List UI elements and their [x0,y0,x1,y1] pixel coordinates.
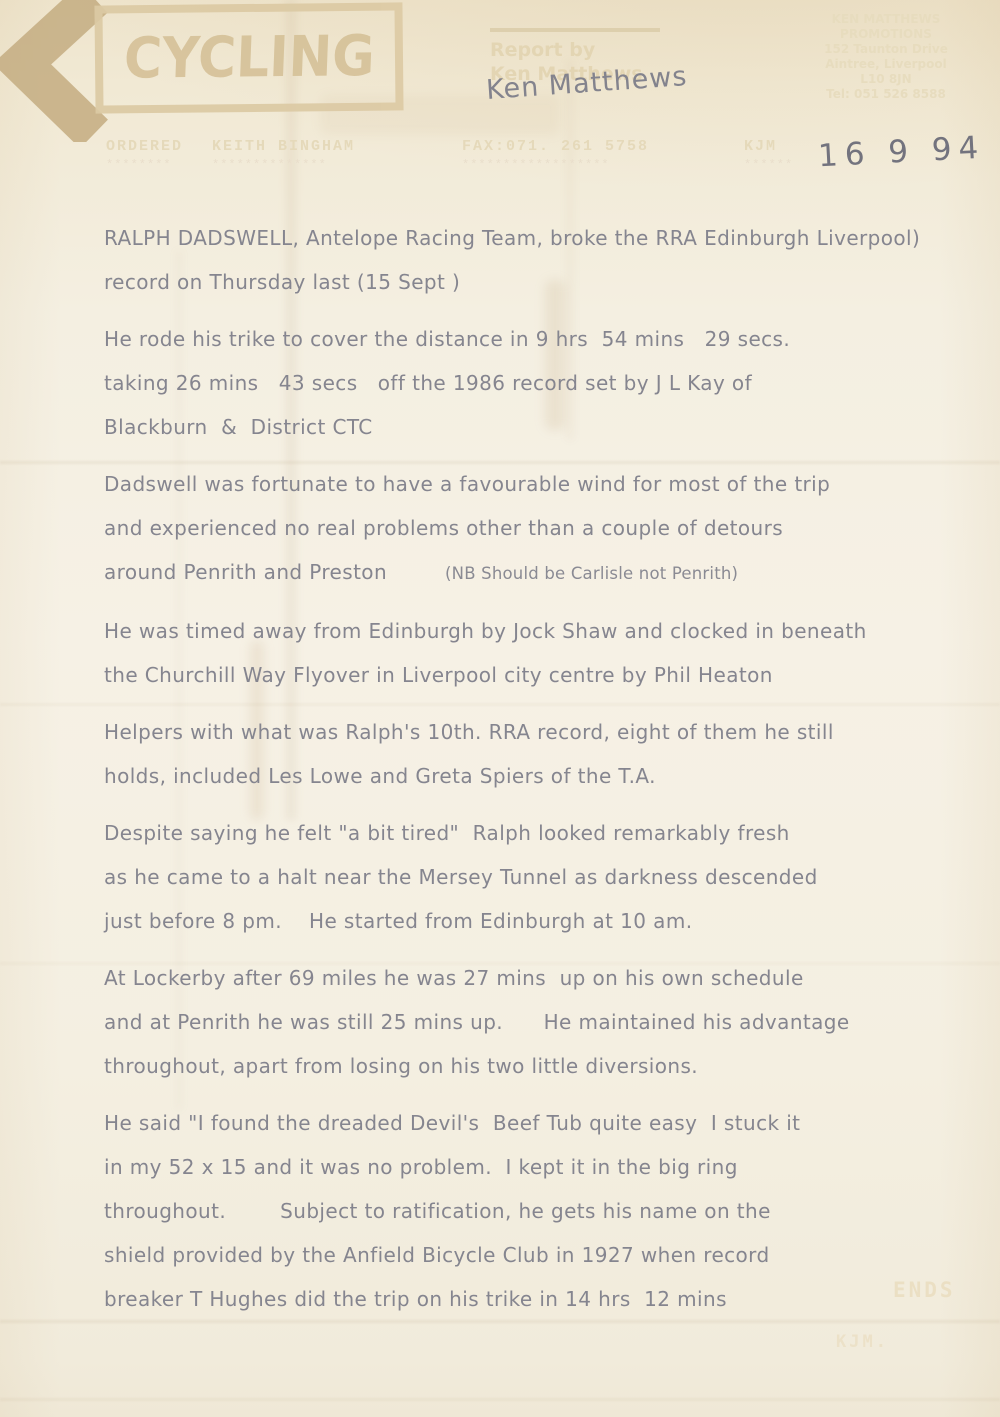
scanned-letter-page: { "page": { "paper_color": "#f4efe1", "i… [0,0,1000,1417]
handwritten-line: He said "I found the dreaded Devil's Bee… [104,1101,984,1145]
handwritten-line: Dadswell was fortunate to have a favoura… [104,462,984,506]
handwritten-line: Despite saying he felt "a bit tired" Ral… [104,811,984,855]
paragraph: At Lockerby after 69 miles he was 27 min… [104,956,984,1088]
handwritten-line: throughout, apart from losing on his two… [104,1044,984,1088]
paragraph: Helpers with what was Ralph's 10th. RRA … [104,710,984,798]
handwritten-line: holds, included Les Lowe and Greta Spier… [104,754,984,798]
margin-note: (NB Should be Carlisle not Penrith) [445,564,738,583]
paragraph: He was timed away from Edinburgh by Jock… [104,609,984,697]
paragraph: Despite saying he felt "a bit tired" Ral… [104,811,984,943]
handwritten-line: as he came to a halt near the Mersey Tun… [104,855,984,899]
paragraph: He rode his trike to cover the distance … [104,317,984,449]
paragraph: Dadswell was fortunate to have a favoura… [104,462,984,596]
handwritten-line: Blackburn & District CTC [104,405,984,449]
routing-kjm: KJM ****** [744,138,793,172]
handwritten-line: RALPH DADSWELL, Antelope Racing Team, br… [104,216,984,260]
fold-crease [0,1398,1000,1401]
handwritten-line: the Churchill Way Flyover in Liverpool c… [104,653,984,697]
typist-initials: KJM. [836,1332,889,1352]
handwritten-line: He was timed away from Edinburgh by Jock… [104,609,984,653]
cycling-logo-text: CYCLING [122,24,375,91]
handwritten-line: record on Thursday last (15 Sept ) [104,260,984,304]
paragraph: He said "I found the dreaded Devil's Bee… [104,1101,984,1321]
handwritten-line: taking 26 mins 43 secs off the 1986 reco… [104,361,984,405]
promotions-address: KEN MATTHEWS PROMOTIONS 152 Taunton Driv… [788,12,984,102]
handwritten-line: shield provided by the Anfield Bicycle C… [104,1233,984,1277]
handwritten-text: around Penrith and Preston [104,560,387,584]
routing-ordered: ORDERED ******** [106,138,183,172]
handwritten-line: At Lockerby after 69 miles he was 27 min… [104,956,984,1000]
handwritten-line: throughout. Subject to ratification, he … [104,1189,984,1233]
paragraph: RALPH DADSWELL, Antelope Racing Team, br… [104,216,984,304]
routing-keith-bingham: KEITH BINGHAM ************** [212,138,355,172]
handwritten-line: around Penrith and Preston(NB Should be … [104,550,984,596]
handwritten-line: and experienced no real problems other t… [104,506,984,550]
handwritten-line: in my 52 x 15 and it was no problem. I k… [104,1145,984,1189]
handwritten-line: Helpers with what was Ralph's 10th. RRA … [104,710,984,754]
handwritten-line: and at Penrith he was still 25 mins up. … [104,1000,984,1044]
routing-fax-number: FAX:071. 261 5758 ****************** [462,138,649,172]
handwritten-body: RALPH DADSWELL, Antelope Racing Team, br… [104,216,984,1334]
ends-marker: ENDS [893,1278,956,1302]
cycling-logo: CYCLING [94,2,403,113]
handwritten-line: breaker T Hughes did the trip on his tri… [104,1277,984,1321]
handwritten-line: just before 8 pm. He started from Edinbu… [104,899,984,943]
handwritten-line: He rode his trike to cover the distance … [104,317,984,361]
